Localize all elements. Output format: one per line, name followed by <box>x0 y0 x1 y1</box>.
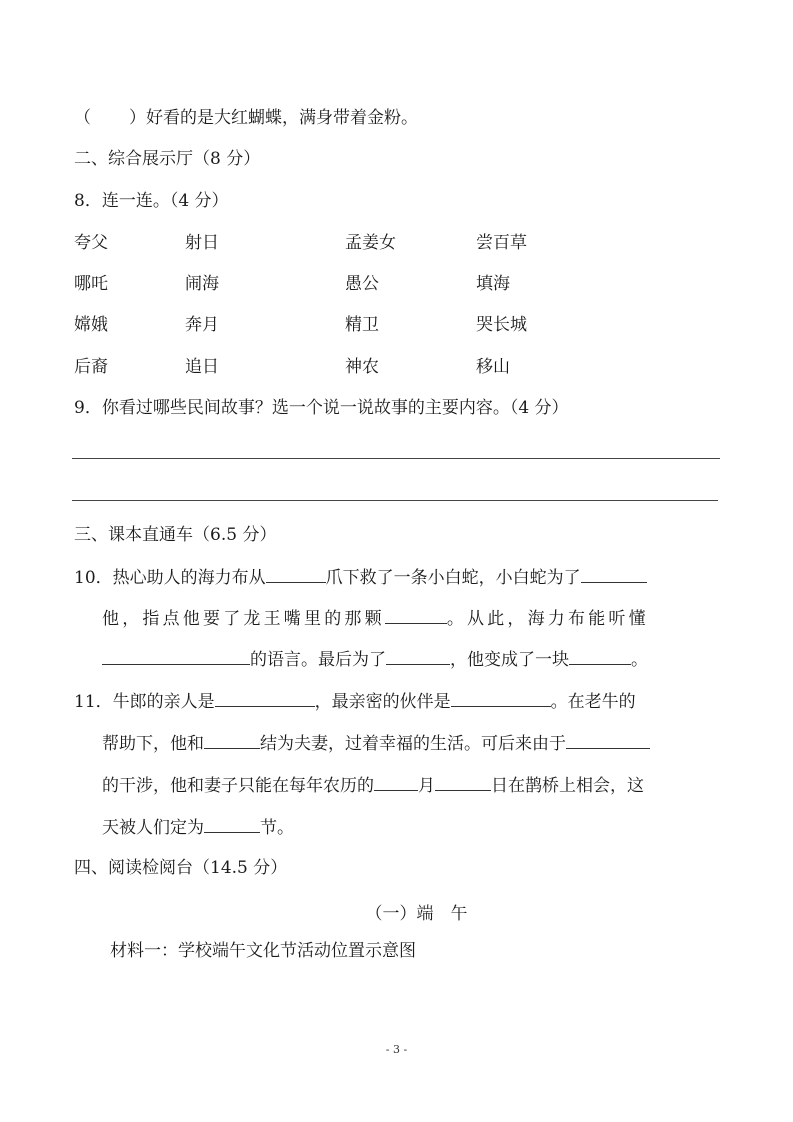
fill-blank[interactable] <box>566 732 650 749</box>
fill-blank[interactable] <box>204 816 260 833</box>
q10-line-1: 10．热心助人的海力布从爪下救了一条小白蛇，小白蛇为了 <box>74 566 647 589</box>
q11-text: 日在鹊桥上相会，这 <box>491 776 644 796</box>
q11-line-1: 11．牛郎的亲人是，最亲密的伙伴是。在老牛的 <box>74 690 636 713</box>
match-item[interactable]: 射日 <box>185 232 219 254</box>
match-item[interactable]: 哭长城 <box>476 314 527 336</box>
q11-text: 帮助下，他和 <box>102 734 204 754</box>
section2-title: 二、综合展示厅（8 分） <box>74 148 260 170</box>
fill-blank[interactable] <box>266 566 326 583</box>
q10-text: 。从此，海力布能听懂 <box>447 609 649 629</box>
q10-line-2: 他，指点他要了龙王嘴里的那颗。从此，海力布能听懂 <box>102 607 649 630</box>
q11-text: ，最亲密的伙伴是 <box>315 692 451 712</box>
match-item[interactable]: 孟姜女 <box>345 232 396 254</box>
q11-text: 的干涉，他和妻子只能在每年农历的 <box>102 776 374 796</box>
answer-line-1[interactable] <box>72 458 720 459</box>
fill-blank[interactable] <box>385 607 447 624</box>
q11-text: 节。 <box>260 818 294 838</box>
q9-label: 9．你看过哪些民间故事？选一个说一说故事的主要内容。（4 分） <box>74 397 569 419</box>
match-item[interactable]: 闹海 <box>185 273 219 295</box>
q11-text: 结为夫妻，过着幸福的生活。可后来由于 <box>260 734 566 754</box>
answer-paren-close: ） <box>129 108 146 128</box>
match-item[interactable]: 愚公 <box>345 273 379 295</box>
q10-text: ，他变成了一块 <box>450 650 569 670</box>
match-item[interactable]: 神农 <box>345 356 379 378</box>
q10-text: 。 <box>631 650 648 670</box>
section4-title: 四、阅读检阅台（14.5 分） <box>74 857 287 879</box>
q11-line-2: 帮助下，他和结为夫妻，过着幸福的生活。可后来由于 <box>102 732 650 755</box>
q11-text: 11．牛郎的亲人是 <box>74 692 215 712</box>
answer-line-2[interactable] <box>72 500 718 501</box>
q10-text: 他，指点他要了龙王嘴里的那颗 <box>102 609 385 629</box>
fill-blank[interactable] <box>204 732 260 749</box>
q10-line-3: 的语言。最后为了，他变成了一块。 <box>102 648 648 671</box>
fill-blank[interactable] <box>581 566 647 583</box>
fill-blank[interactable] <box>215 690 315 707</box>
fill-blank[interactable] <box>435 774 491 791</box>
q10-text: 爪下救了一条小白蛇，小白蛇为了 <box>326 568 581 588</box>
page-number: - 3 - <box>0 1043 793 1056</box>
answer-paren-open: （ <box>74 108 91 128</box>
match-item[interactable]: 移山 <box>476 356 510 378</box>
match-item[interactable]: 填海 <box>476 273 510 295</box>
q11-text: 天被人们定为 <box>102 818 204 838</box>
q11-text: 。在老牛的 <box>551 692 636 712</box>
match-item[interactable]: 奔月 <box>185 314 219 336</box>
match-item[interactable]: 夸父 <box>74 232 108 254</box>
match-item[interactable]: 嫦娥 <box>74 314 108 336</box>
match-item[interactable]: 哪吒 <box>74 273 108 295</box>
q11-text: 月 <box>418 776 435 796</box>
fill-blank[interactable] <box>451 690 551 707</box>
continuation-text: 好看的是大红蝴蝶，满身带着金粉。 <box>146 108 418 128</box>
match-item[interactable]: 追日 <box>185 356 219 378</box>
fill-blank[interactable] <box>374 774 418 791</box>
q8-label: 8．连一连。（4 分） <box>74 190 229 212</box>
fill-blank[interactable] <box>102 648 250 665</box>
q11-line-4: 天被人们定为节。 <box>102 816 294 839</box>
fill-blank[interactable] <box>569 648 631 665</box>
match-item[interactable]: 尝百草 <box>476 232 527 254</box>
q10-text: 的语言。最后为了 <box>250 650 386 670</box>
q11-line-3: 的干涉，他和妻子只能在每年农历的月日在鹊桥上相会，这 <box>102 774 644 797</box>
fill-blank[interactable] <box>386 648 450 665</box>
match-item[interactable]: 精卫 <box>345 314 379 336</box>
continuation-line: （）好看的是大红蝴蝶，满身带着金粉。 <box>74 107 418 129</box>
section3-title: 三、课本直通车（6.5 分） <box>74 524 276 546</box>
match-item[interactable]: 后裔 <box>74 356 108 378</box>
passage-title: （一）端 午 <box>0 899 793 924</box>
q10-text: 10．热心助人的海力布从 <box>74 568 266 588</box>
material-1-caption: 材料一：学校端午文化节活动位置示意图 <box>110 940 416 962</box>
